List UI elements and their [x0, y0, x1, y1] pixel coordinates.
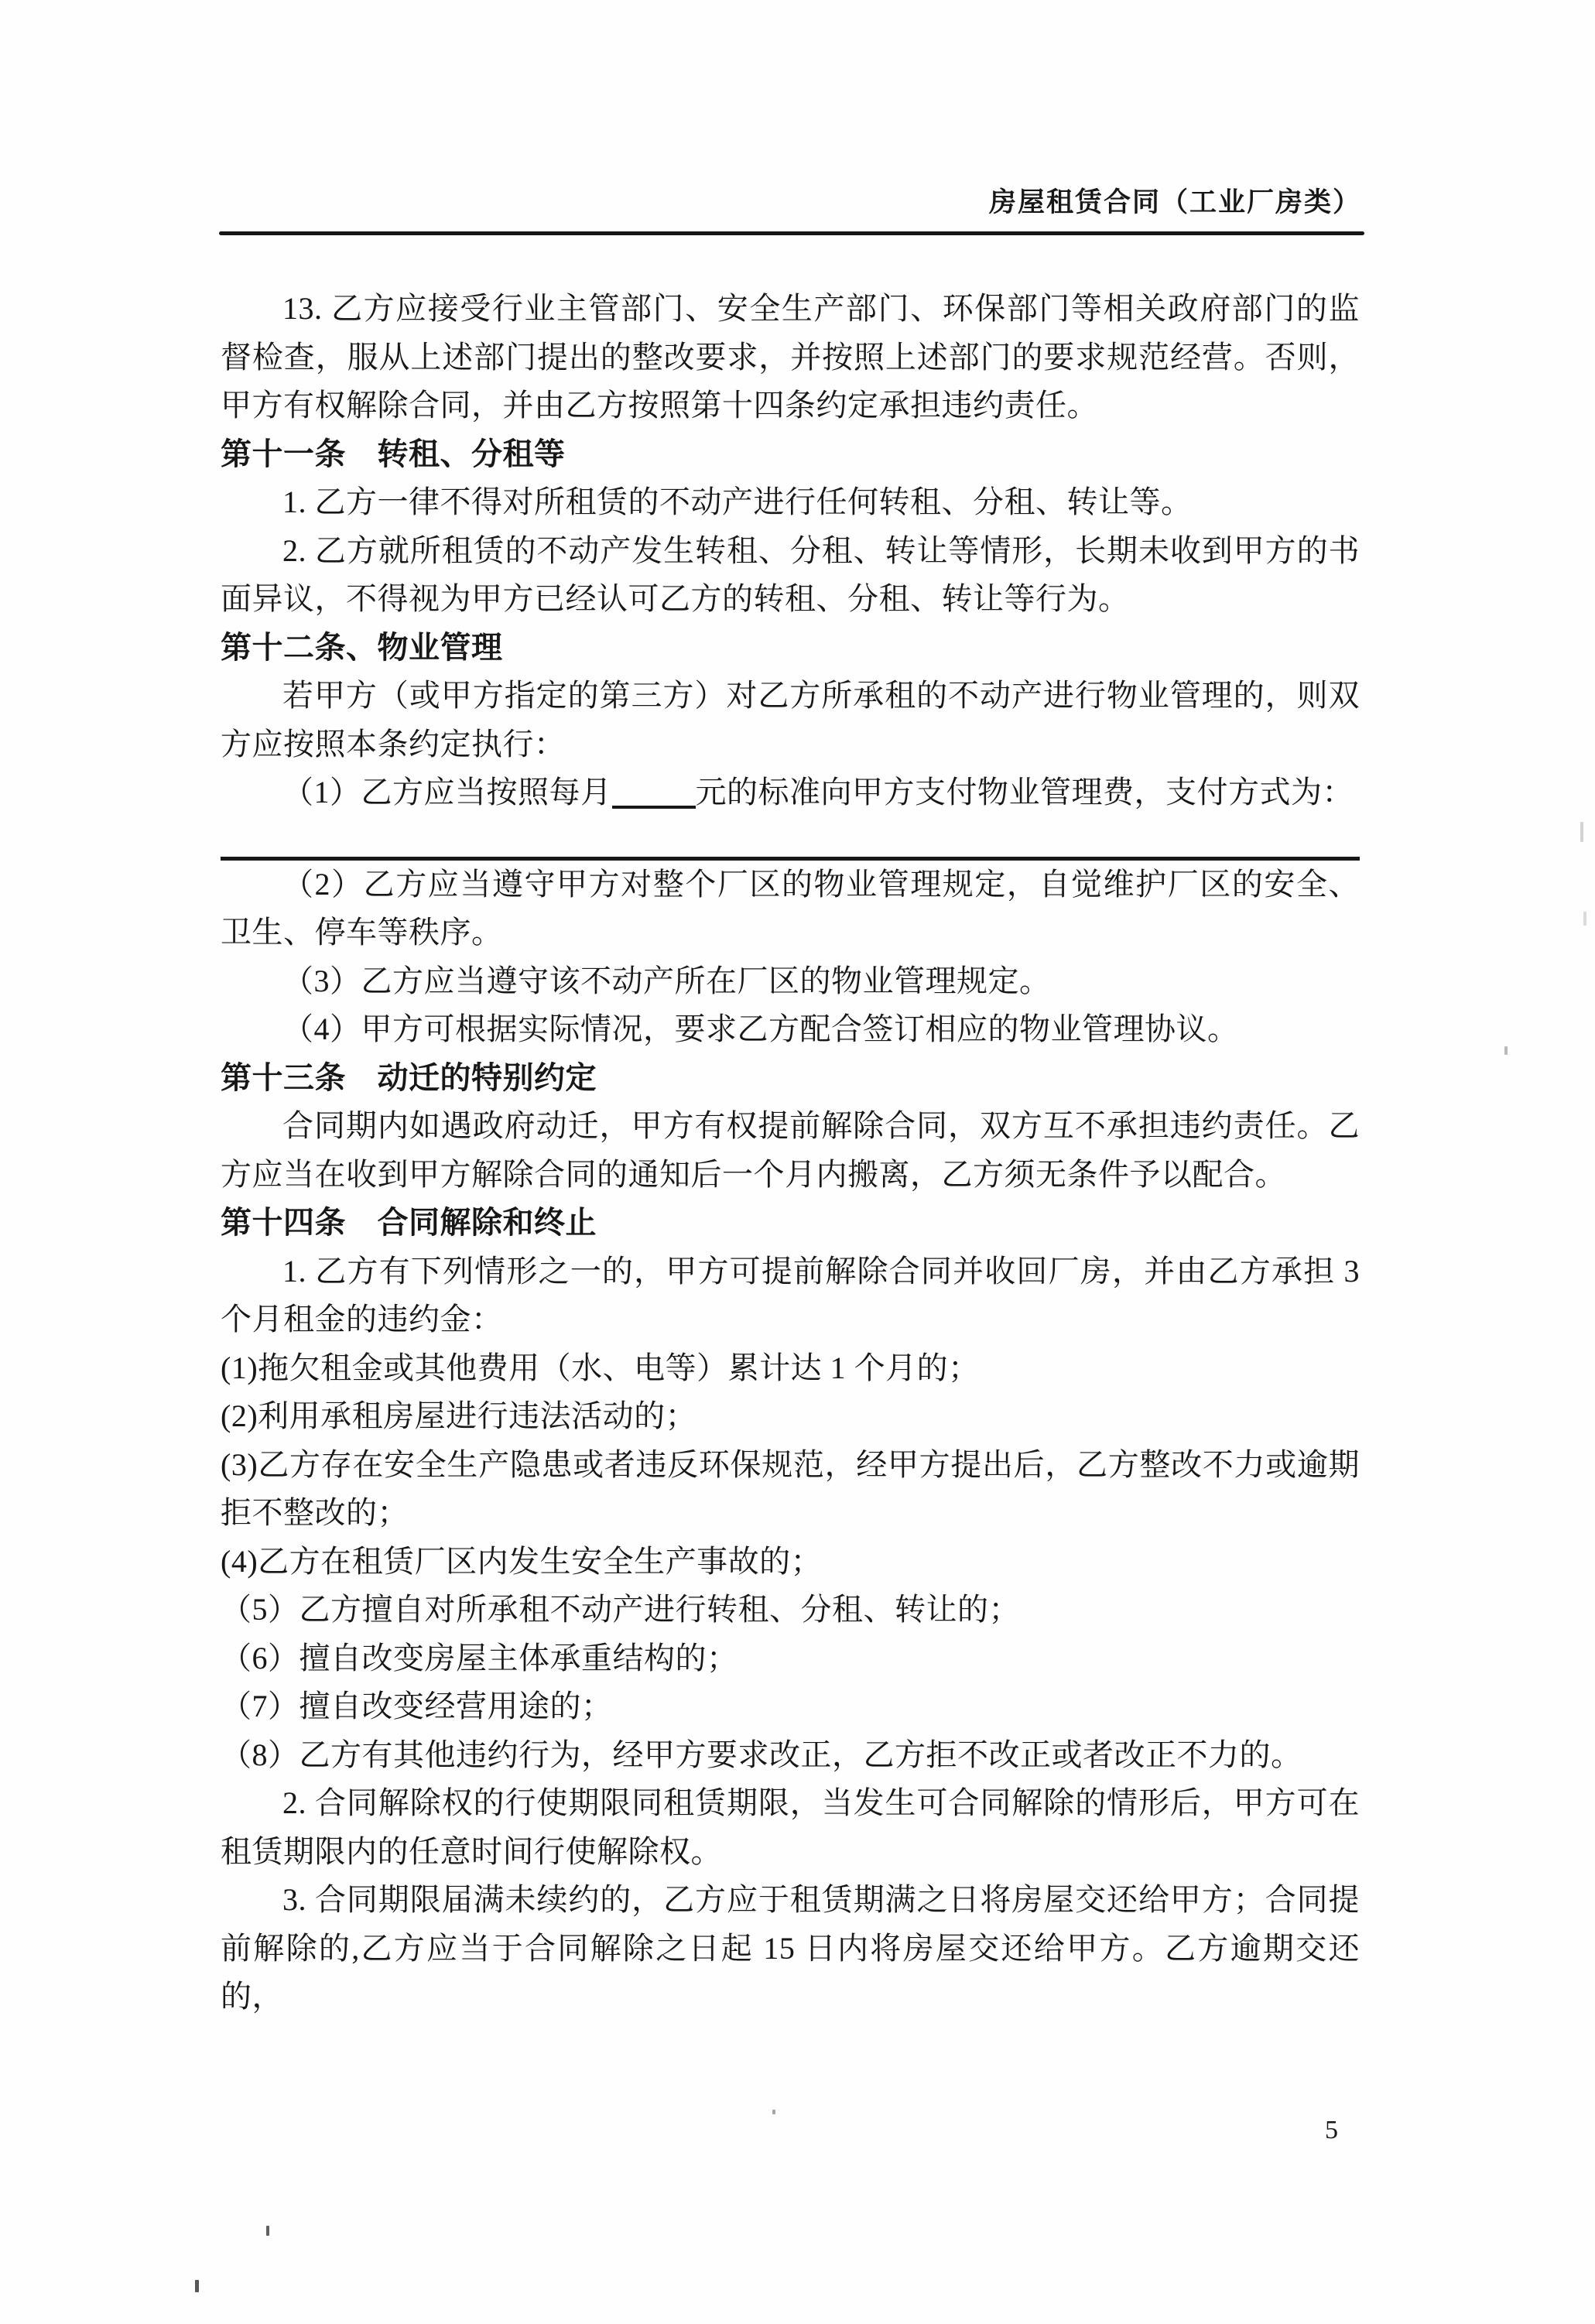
article-13-heading: 第十三条 动迁的特别约定	[221, 1054, 1360, 1103]
scan-speck	[1583, 912, 1586, 926]
scan-speck	[195, 2280, 199, 2292]
article-12-item-4: （4）甲方可根据实际情况，要求乙方配合签订相应的物业管理协议。	[221, 1005, 1360, 1054]
page-number: 5	[1325, 2115, 1338, 2146]
article-14-heading: 第十四条 合同解除和终止	[221, 1199, 1360, 1248]
article-14-item-5: （5）乙方擅自对所承租不动产进行转租、分租、转让的；	[221, 1586, 1360, 1634]
contract-page: 房屋租赁合同（工业厂房类） 13. 乙方应接受行业主管部门、安全生产部门、环保部…	[0, 0, 1595, 2324]
article-11-item-2: 2. 乙方就所租赁的不动产发生转租、分租、转让等情形，长期未收到甲方的书面异议，…	[221, 527, 1360, 624]
document-body: 13. 乙方应接受行业主管部门、安全生产部门、环保部门等相关政府部门的监督检查，…	[221, 285, 1360, 2021]
scan-speck	[1580, 822, 1583, 842]
article-14-item-7: （7）擅自改变经营用途的；	[221, 1682, 1360, 1731]
article-11-item-1: 1. 乙方一律不得对所租赁的不动产进行任何转租、分租、转让等。	[221, 478, 1360, 527]
article-12-item-1-text-after: 元的标准向甲方支付物业管理费，支付方式为：	[696, 775, 1354, 809]
article-14-item-6: （6）擅自改变房屋主体承重结构的；	[221, 1634, 1360, 1683]
article-14-paragraph-2: 2. 合同解除权的行使期限同租赁期限，当发生可合同解除的情形后，甲方可在租赁期限…	[221, 1779, 1360, 1876]
article-14-paragraph-3: 3. 合同期限届满未续约的，乙方应于租赁期满之日将房屋交还给甲方；合同提前解除的…	[221, 1876, 1360, 2021]
article-12-item-2: （2）乙方应当遵守甲方对整个厂区的物业管理规定，自觉维护厂区的安全、卫生、停车等…	[221, 861, 1360, 957]
article-12-heading: 第十二条、物业管理	[221, 624, 1360, 673]
running-header: 房屋租赁合同（工业厂房类）	[221, 183, 1361, 223]
document-header-title: 房屋租赁合同（工业厂房类）	[989, 187, 1361, 217]
header-rule	[219, 231, 1364, 235]
article-12-item-1: （1）乙方应当按照每月元的标准向甲方支付物业管理费，支付方式为：	[221, 768, 1360, 817]
fill-in-blank-monthly-fee	[612, 775, 696, 809]
article-12-intro: 若甲方（或甲方指定的第三方）对乙方所承租的不动产进行物业管理的，则双方应按照本条…	[221, 672, 1360, 768]
scan-speck	[772, 2110, 775, 2114]
article-14-item-3: (3)乙方存在安全生产隐患或者违反环保规范，经甲方提出后，乙方整改不力或逾期拒不…	[221, 1441, 1360, 1538]
scan-speck	[1504, 1046, 1508, 1055]
article-14-item-2: (2)利用承租房屋进行违法活动的；	[221, 1392, 1360, 1441]
article-12-item-3: （3）乙方应当遵守该不动产所在厂区的物业管理规定。	[221, 957, 1360, 1006]
article-11-heading: 第十一条 转租、分租等	[221, 430, 1360, 479]
article-12-item-1-text-before: （1）乙方应当按照每月	[282, 775, 612, 809]
article-14-item-4: (4)乙方在租赁厂区内发生安全生产事故的；	[221, 1538, 1360, 1586]
article-13-paragraph: 合同期内如遇政府动迁，甲方有权提前解除合同，双方互不承担违约责任。乙方应当在收到…	[221, 1102, 1360, 1199]
article-14-item-1: (1)拖欠租金或其他费用（水、电等）累计达 1 个月的；	[221, 1344, 1360, 1393]
scan-speck	[266, 2226, 269, 2236]
article-14-item-8: （8）乙方有其他违约行为，经甲方要求改正，乙方拒不改正或者改正不力的。	[221, 1731, 1360, 1780]
article-14-paragraph-1: 1. 乙方有下列情形之一的，甲方可提前解除合同并收回厂房，并由乙方承担 3 个月…	[221, 1248, 1360, 1344]
clause-13-paragraph: 13. 乙方应接受行业主管部门、安全生产部门、环保部门等相关政府部门的监督检查，…	[221, 285, 1360, 430]
